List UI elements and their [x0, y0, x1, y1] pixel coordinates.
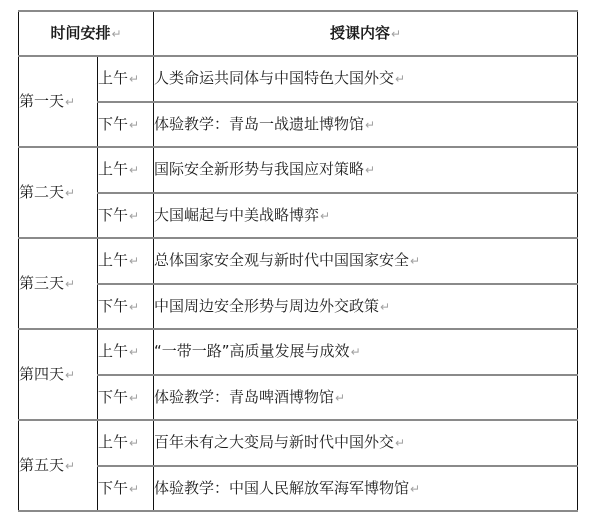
slot-label: 下午: [98, 206, 128, 224]
topic-cell: 人类命运共同体与中国特色大国外交↵: [154, 56, 578, 102]
slot-cell: 下午↵: [98, 102, 154, 148]
day-cell: 第三天↵: [19, 238, 98, 329]
topic-cell: 体验教学：青岛一战遗址博物馆↵: [154, 102, 578, 148]
day-label: 第三天: [19, 274, 64, 292]
paragraph-mark-icon: ↵: [380, 300, 390, 314]
slot-label: 下午: [98, 297, 128, 315]
slot-label: 上午: [98, 69, 128, 87]
slot-label: 上午: [98, 160, 128, 178]
table-row: 第三天↵ 上午↵ 总体国家安全观与新时代中国国家安全↵: [19, 238, 578, 284]
paragraph-mark-icon: ↵: [129, 482, 139, 496]
slot-cell: 下午↵: [98, 375, 154, 421]
topic-label: 中国周边安全形势与周边外交政策: [154, 297, 379, 315]
slot-cell: 上午↵: [98, 147, 154, 193]
header-course-content: 授课内容↵: [154, 11, 578, 56]
paragraph-mark-icon: ↵: [335, 391, 345, 405]
slot-cell: 下午↵: [98, 284, 154, 330]
paragraph-mark-icon: ↵: [129, 391, 139, 405]
slot-cell: 上午↵: [98, 238, 154, 284]
slot-cell: 上午↵: [98, 420, 154, 466]
day-cell: 第一天↵: [19, 56, 98, 147]
day-cell: 第五天↵: [19, 420, 98, 511]
slot-cell: 上午↵: [98, 329, 154, 375]
paragraph-mark-icon: ↵: [351, 345, 361, 359]
paragraph-mark-icon: ↵: [129, 254, 139, 268]
paragraph-mark-icon: ↵: [365, 163, 375, 177]
table-row: 第二天↵ 上午↵ 国际安全新形势与我国应对策略↵: [19, 147, 578, 193]
paragraph-mark-icon: ↵: [111, 27, 121, 41]
topic-label: “一带一路”高质量发展与成效: [154, 342, 350, 360]
topic-cell: 总体国家安全观与新时代中国国家安全↵: [154, 238, 578, 284]
topic-cell: 国际安全新形势与我国应对策略↵: [154, 147, 578, 193]
topic-cell: 体验教学：中国人民解放军海军博物馆↵: [154, 466, 578, 512]
topic-label: 人类命运共同体与中国特色大国外交: [154, 69, 394, 87]
topic-cell: 大国崛起与中美战略博弈↵: [154, 193, 578, 239]
topic-label: 体验教学：青岛一战遗址博物馆: [154, 115, 364, 133]
paragraph-mark-icon: ↵: [129, 300, 139, 314]
topic-cell: 体验教学：青岛啤酒博物馆↵: [154, 375, 578, 421]
course-schedule-table: 时间安排↵ 授课内容↵ 第一天↵ 上午↵ 人类命运共同体与中国特色大国外交↵ 下…: [18, 10, 578, 512]
table-row: 下午↵ 体验教学：青岛啤酒博物馆↵: [19, 375, 578, 421]
header-time-arrangement: 时间安排↵: [19, 11, 154, 56]
slot-label: 上午: [98, 433, 128, 451]
paragraph-mark-icon: ↵: [65, 277, 75, 291]
topic-label: 体验教学：中国人民解放军海军博物馆: [154, 479, 409, 497]
slot-label: 上午: [98, 251, 128, 269]
paragraph-mark-icon: ↵: [365, 118, 375, 132]
table-row: 第五天↵ 上午↵ 百年未有之大变局与新时代中国外交↵: [19, 420, 578, 466]
paragraph-mark-icon: ↵: [395, 72, 405, 86]
day-label: 第五天: [19, 456, 64, 474]
table-row: 第四天↵ 上午↵ “一带一路”高质量发展与成效↵: [19, 329, 578, 375]
slot-cell: 下午↵: [98, 193, 154, 239]
paragraph-mark-icon: ↵: [410, 254, 420, 268]
slot-label: 下午: [98, 115, 128, 133]
table-row: 下午↵ 中国周边安全形势与周边外交政策↵: [19, 284, 578, 330]
slot-label: 下午: [98, 388, 128, 406]
slot-label: 上午: [98, 342, 128, 360]
paragraph-mark-icon: ↵: [129, 436, 139, 450]
topic-cell: “一带一路”高质量发展与成效↵: [154, 329, 578, 375]
table-row: 下午↵ 体验教学：青岛一战遗址博物馆↵: [19, 102, 578, 148]
table-row: 第一天↵ 上午↵ 人类命运共同体与中国特色大国外交↵: [19, 56, 578, 102]
paragraph-mark-icon: ↵: [395, 436, 405, 450]
paragraph-mark-icon: ↵: [65, 186, 75, 200]
header-row: 时间安排↵ 授课内容↵: [19, 11, 578, 56]
header-content-label: 授课内容: [330, 24, 390, 42]
header-time-label: 时间安排: [50, 24, 110, 42]
paragraph-mark-icon: ↵: [65, 368, 75, 382]
slot-cell: 上午↵: [98, 56, 154, 102]
paragraph-mark-icon: ↵: [410, 482, 420, 496]
day-cell: 第二天↵: [19, 147, 98, 238]
paragraph-mark-icon: ↵: [129, 118, 139, 132]
slot-cell: 下午↵: [98, 466, 154, 512]
slot-label: 下午: [98, 479, 128, 497]
topic-cell: 中国周边安全形势与周边外交政策↵: [154, 284, 578, 330]
topic-label: 体验教学：青岛啤酒博物馆: [154, 388, 334, 406]
table-row: 下午↵ 体验教学：中国人民解放军海军博物馆↵: [19, 466, 578, 512]
table-row: 下午↵ 大国崛起与中美战略博弈↵: [19, 193, 578, 239]
paragraph-mark-icon: ↵: [129, 72, 139, 86]
paragraph-mark-icon: ↵: [129, 345, 139, 359]
paragraph-mark-icon: ↵: [129, 209, 139, 223]
paragraph-mark-icon: ↵: [391, 27, 401, 41]
day-cell: 第四天↵: [19, 329, 98, 420]
day-label: 第二天: [19, 183, 64, 201]
paragraph-mark-icon: ↵: [129, 163, 139, 177]
topic-label: 大国崛起与中美战略博弈: [154, 206, 319, 224]
paragraph-mark-icon: ↵: [65, 95, 75, 109]
topic-label: 国际安全新形势与我国应对策略: [154, 160, 364, 178]
topic-cell: 百年未有之大变局与新时代中国外交↵: [154, 420, 578, 466]
paragraph-mark-icon: ↵: [320, 209, 330, 223]
day-label: 第四天: [19, 365, 64, 383]
topic-label: 总体国家安全观与新时代中国国家安全: [154, 251, 409, 269]
topic-label: 百年未有之大变局与新时代中国外交: [154, 433, 394, 451]
day-label: 第一天: [19, 92, 64, 110]
paragraph-mark-icon: ↵: [65, 459, 75, 473]
